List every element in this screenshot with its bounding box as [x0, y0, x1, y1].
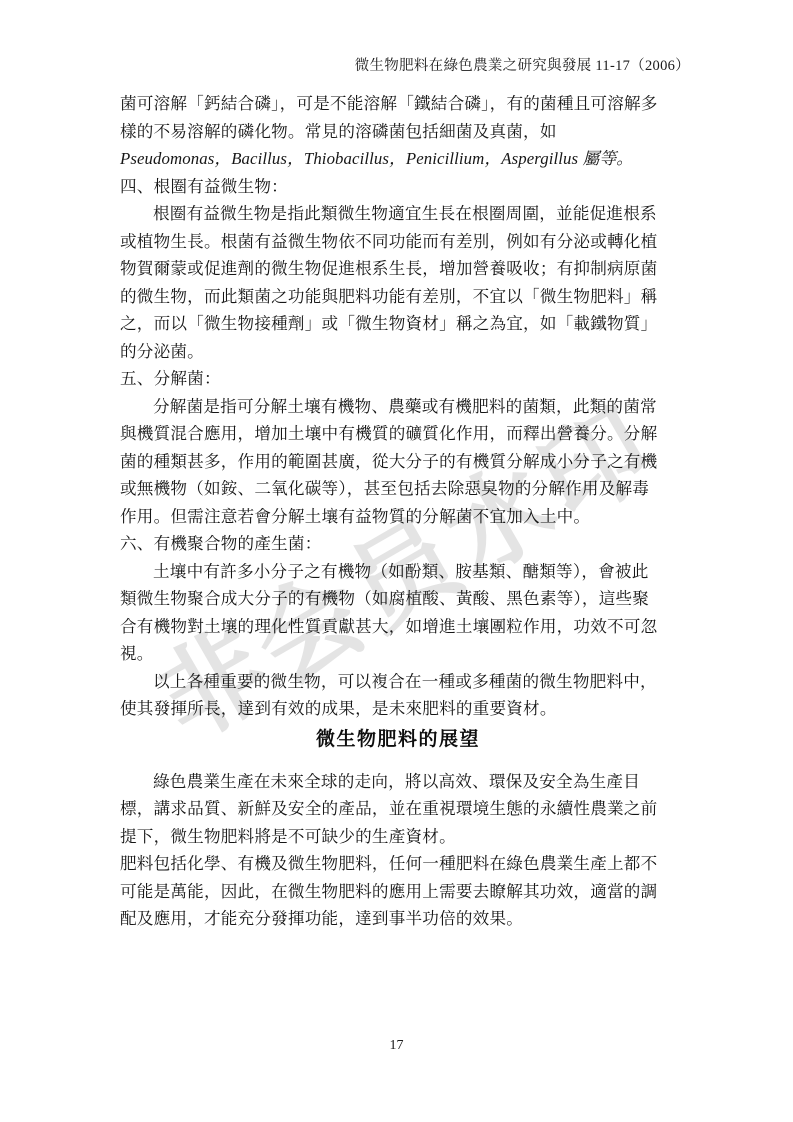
text-line: 提下，微生物肥料將是不可缺少的生產資材。: [120, 823, 676, 851]
text-line: 菌可溶解「鈣結合磷」，可是不能溶解「鐵結合磷」，有的菌種且可溶解多: [120, 90, 676, 118]
text-line: 樣的不易溶解的磷化物。常見的溶磷菌包括細菌及真菌，如: [120, 118, 676, 146]
text-line: 五、分解菌：: [120, 365, 676, 393]
text-line: 根圈有益微生物是指此類微生物適宜生長在根圈周圍，並能促進根系: [120, 200, 676, 228]
text-line: 物賀爾蒙或促進劑的微生物促進根系生長，增加營養吸收；有抑制病原菌: [120, 255, 676, 283]
text-line: 作用。但需注意若會分解土壤有益物質的分解菌不宜加入土中。: [120, 503, 676, 531]
text-line: 以上各種重要的微生物，可以複合在一種或多種菌的微生物肥料中，: [120, 668, 676, 696]
text-line: 合有機物對土壤的理化性質貢獻甚大，如增進土壤團粒作用，功效不可忽: [120, 613, 676, 641]
page-number: 17: [0, 1038, 793, 1054]
text-line: 或植物生長。根菌有益微生物依不同功能而有差別，例如有分泌或轉化植: [120, 228, 676, 256]
text-line: 四、根圈有益微生物：: [120, 173, 676, 201]
text-line: 或無機物（如銨、二氧化碳等），甚至包括去除惡臭物的分解作用及解毒: [120, 475, 676, 503]
text-line: 之，而以「微生物接種劑」或「微生物資材」稱之為宜，如「載鐵物質」: [120, 310, 676, 338]
text-line: 配及應用，才能充分發揮功能，達到事半功倍的效果。: [120, 905, 676, 933]
document-page: 非会员水印 微生物肥料在綠色農業之研究與發展 11-17（2006） 菌可溶解「…: [0, 0, 793, 1122]
text-line: 綠色農業生產在未來全球的走向，將以高效、環保及安全為生產目: [120, 768, 676, 796]
text-line: 分解菌是指可分解土壤有機物、農藥或有機肥料的菌類，此類的菌常: [120, 393, 676, 421]
text-line: 菌的種類甚多，作用的範圍甚廣，從大分子的有機質分解成小分子之有機: [120, 448, 676, 476]
section-heading: 微生物肥料的展望: [120, 726, 676, 754]
running-header: 微生物肥料在綠色農業之研究與發展 11-17（2006）: [355, 56, 690, 76]
text-line: 的分泌菌。: [120, 338, 676, 366]
text-line: Pseudomonas，Bacillus，Thiobacillus，Penici…: [120, 145, 676, 173]
text-line: 可能是萬能，因此，在微生物肥料的應用上需要去瞭解其功效，適當的調: [120, 878, 676, 906]
text-line: 標，講求品質、新鮮及安全的產品，並在重視環境生態的永續性農業之前: [120, 795, 676, 823]
text-line: 土壤中有許多小分子之有機物（如酚類、胺基類、醣類等），會被此: [120, 558, 676, 586]
text-line: 的微生物，而此類菌之功能與肥料功能有差別，不宜以「微生物肥料」稱: [120, 283, 676, 311]
text-line: 與機質混合應用，增加土壤中有機質的礦質化作用，而釋出營養分。分解: [120, 420, 676, 448]
text-line: 使其發揮所長，達到有效的成果，是未來肥料的重要資材。: [120, 695, 676, 723]
text-line: 類微生物聚合成大分子的有機物（如腐植酸、黃酸、黑色素等），這些聚: [120, 585, 676, 613]
text-line: 肥料包括化學、有機及微生物肥料，任何一種肥料在綠色農業生產上都不: [120, 850, 676, 878]
text-line: 視。: [120, 640, 676, 668]
text-line: 六、有機聚合物的產生菌：: [120, 530, 676, 558]
body-text: 菌可溶解「鈣結合磷」，可是不能溶解「鐵結合磷」，有的菌種且可溶解多樣的不易溶解的…: [120, 90, 676, 933]
